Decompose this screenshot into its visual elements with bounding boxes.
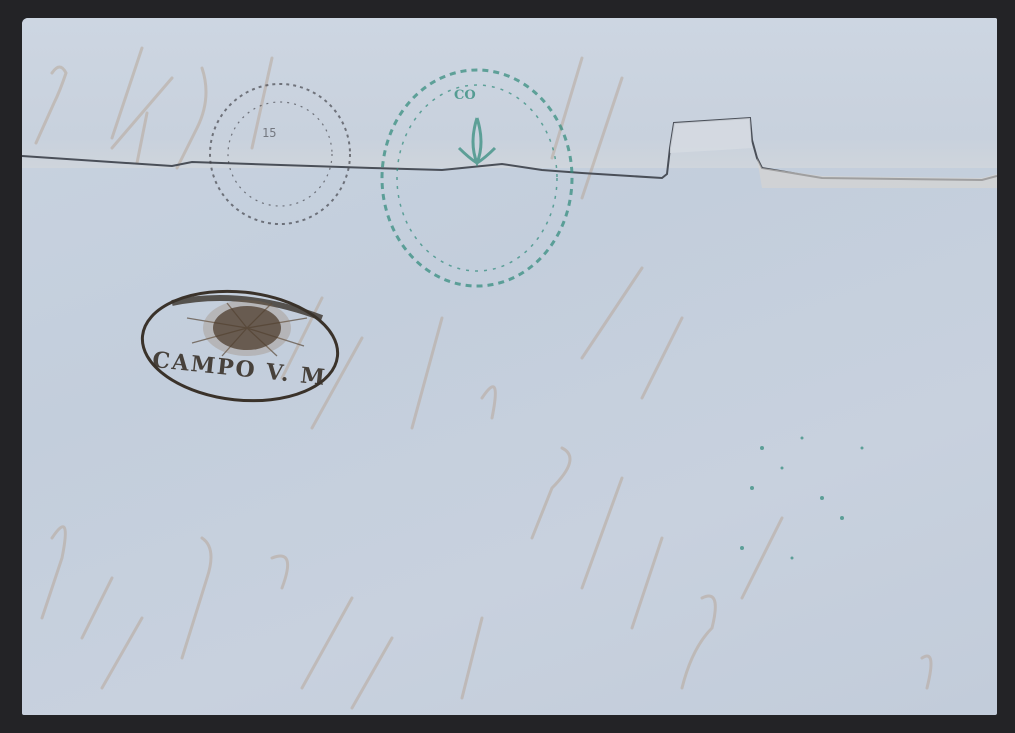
circular-postmark bbox=[210, 84, 350, 224]
wreath-cancel bbox=[382, 70, 864, 560]
postmark-text: 15 bbox=[262, 126, 276, 140]
wreath-cancel-text: CO bbox=[454, 88, 476, 103]
letter-cover: CAMPO V. M CO 15 bbox=[22, 18, 997, 715]
oval-cachet bbox=[137, 282, 343, 410]
